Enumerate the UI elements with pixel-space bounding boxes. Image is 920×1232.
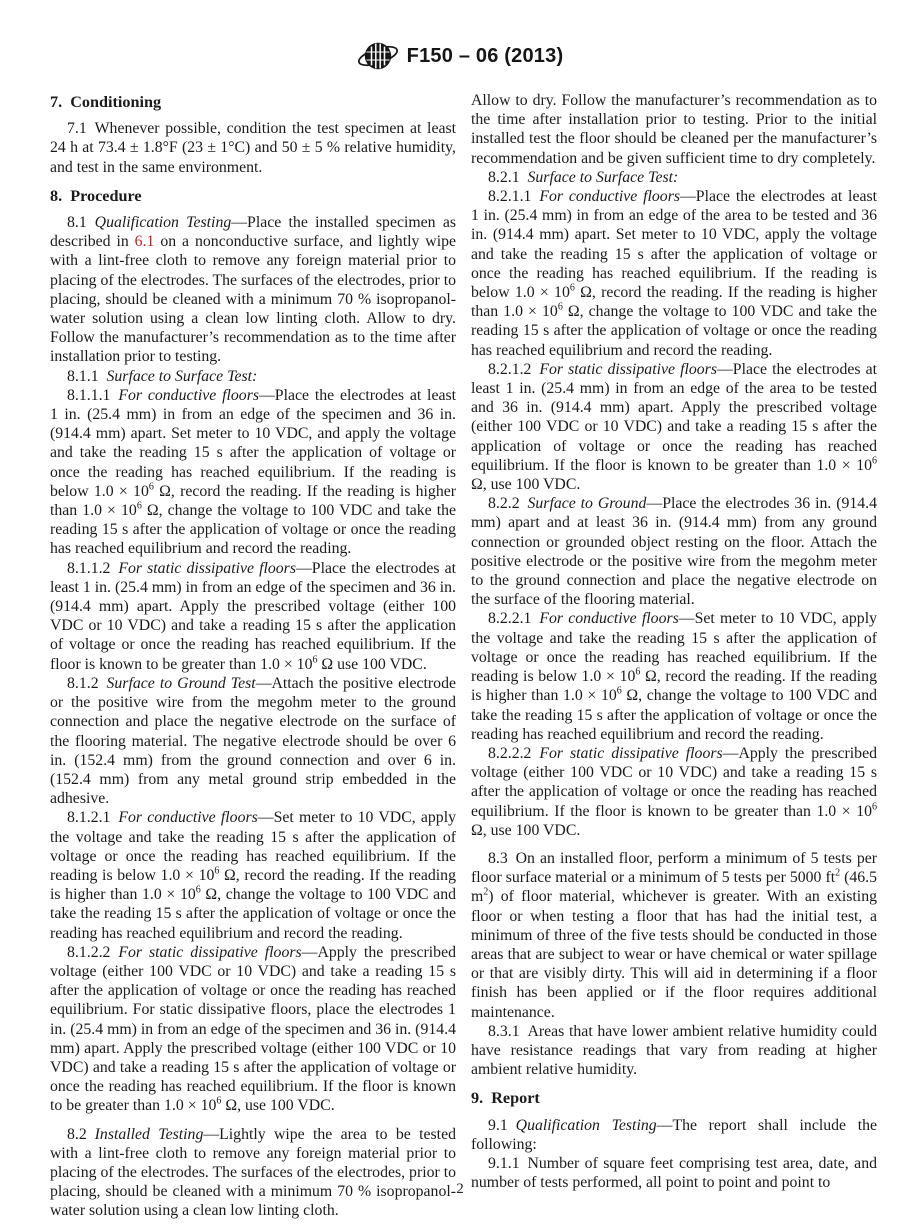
- text-segment: ) of floor material, whichever is greate…: [471, 888, 877, 1020]
- text-segment: 8.2: [67, 1126, 95, 1143]
- page-number: 2: [456, 1181, 464, 1197]
- text-segment: —Attach the positive electrode or the po…: [50, 675, 456, 807]
- paragraph: 8.2.2.1 For conductive floors—Set meter …: [471, 609, 877, 743]
- superscript-text: 6: [872, 801, 877, 812]
- text-segment: 8.2.1.2: [488, 361, 539, 378]
- text-segment: 8.1.1.2: [67, 560, 118, 577]
- paragraph: 8.3.1 Areas that have lower ambient rela…: [471, 1022, 877, 1080]
- superscript-text: 6: [872, 456, 877, 467]
- paragraph: 8.2.1.1 For conductive floors—Place the …: [471, 187, 877, 360]
- text-segment: Surface to Surface Test:: [107, 368, 258, 385]
- paragraph: 8.3 On an installed floor, perform a min…: [471, 849, 877, 1022]
- text-segment: For conductive floors: [539, 610, 678, 627]
- text-segment: 8.2.2: [488, 495, 528, 512]
- text-segment: For static dissipative floors: [118, 944, 301, 961]
- text-segment: 8.2.1.1: [488, 188, 539, 205]
- section-heading: 8. Procedure: [50, 187, 456, 206]
- text-segment: 8.3.1 Areas that have lower ambient rela…: [471, 1023, 877, 1078]
- paragraph: 8.2.1 Surface to Surface Test:: [471, 168, 877, 187]
- paragraph: 8.1.1 Surface to Surface Test:: [50, 367, 456, 386]
- text-segment: Ω, use 100 VDC.: [221, 1097, 334, 1114]
- paragraph: 8.2.2.2 For static dissipative floors—Ap…: [471, 744, 877, 840]
- text-segment: For static dissipative floors: [118, 560, 296, 577]
- text-segment: 7.1 Whenever possible, condition the tes…: [50, 120, 456, 175]
- paragraph: 8.2.1.2 For static dissipative floors—Pl…: [471, 360, 877, 494]
- text-segment: Qualification Testing: [516, 1117, 657, 1134]
- text-segment: Ω use 100 VDC.: [317, 656, 426, 673]
- column-left: 7. Conditioning7.1 Whenever possible, co…: [50, 91, 456, 1221]
- column-right: Allow to dry. Follow the manufacturer’s …: [471, 91, 877, 1221]
- paragraph: 8.1.1.2 For static dissipative floors—Pl…: [50, 559, 456, 674]
- text-segment: For conductive floors: [118, 387, 259, 404]
- astm-logo-icon: [357, 38, 399, 74]
- document-page: F150 – 06 (2013) 7. Conditioning7.1 When…: [0, 0, 920, 1232]
- text-segment: 8.1: [67, 214, 95, 231]
- text-segment: 8.1.2.2: [67, 944, 118, 961]
- text-segment: For conductive floors: [539, 188, 680, 205]
- text-segment: 9.1: [488, 1117, 516, 1134]
- paragraph: 7.1 Whenever possible, condition the tes…: [50, 119, 456, 177]
- text-segment: 8.1.1.1: [67, 387, 118, 404]
- paragraph: 8.1 Qualification Testing—Place the inst…: [50, 213, 456, 367]
- text-segment: 9. Report: [471, 1089, 540, 1107]
- paragraph: 8.1.2.2 For static dissipative floors—Ap…: [50, 943, 456, 1116]
- text-segment: Qualification Testing: [95, 214, 232, 231]
- section-reference-link[interactable]: 6.1: [135, 233, 155, 250]
- text-segment: on a nonconductive surface, and lightly …: [50, 233, 456, 365]
- paragraph: 8.1.1.1 For conductive floors—Place the …: [50, 386, 456, 559]
- text-segment: 8.1.2: [67, 675, 107, 692]
- paragraph: 8.1.2 Surface to Ground Test—Attach the …: [50, 674, 456, 808]
- section-heading: 9. Report: [471, 1089, 877, 1108]
- text-segment: Ω, use 100 VDC.: [471, 476, 580, 493]
- text-segment: 8.1.2.1: [67, 809, 118, 826]
- text-segment: Surface to Surface Test:: [528, 169, 679, 186]
- text-segment: 7. Conditioning: [50, 93, 161, 111]
- paragraph: 9.1 Qualification Testing—The report sha…: [471, 1116, 877, 1154]
- text-segment: Allow to dry. Follow the manufacturer’s …: [471, 92, 877, 167]
- two-column-body: 7. Conditioning7.1 Whenever possible, co…: [50, 91, 878, 1221]
- text-segment: —Apply the prescribed voltage (either 10…: [50, 944, 456, 1115]
- paragraph: 8.2 Installed Testing—Lightly wipe the a…: [50, 1125, 456, 1221]
- text-segment: Ω, use 100 VDC.: [471, 822, 580, 839]
- text-segment: Installed Testing: [95, 1126, 204, 1143]
- text-segment: 8.1.1: [67, 368, 107, 385]
- text-segment: For static dissipative floors: [539, 361, 717, 378]
- text-segment: Surface to Ground: [528, 495, 647, 512]
- text-segment: For conductive floors: [118, 809, 257, 826]
- section-heading: 7. Conditioning: [50, 93, 456, 112]
- text-segment: Surface to Ground Test: [107, 675, 256, 692]
- text-segment: 8.3 On an installed floor, perform a min…: [471, 850, 877, 886]
- page-header: F150 – 06 (2013): [0, 38, 920, 74]
- paragraph: Allow to dry. Follow the manufacturer’s …: [471, 91, 877, 168]
- document-code: F150 – 06 (2013): [407, 45, 564, 68]
- text-segment: 8.2.2.2: [488, 745, 539, 762]
- text-segment: 8.2.1: [488, 169, 528, 186]
- paragraph: 8.1.2.1 For conductive floors—Set meter …: [50, 808, 456, 942]
- page-footer: 2: [0, 1181, 920, 1198]
- paragraph: 8.2.2 Surface to Ground—Place the electr…: [471, 494, 877, 609]
- text-segment: For static dissipative floors: [539, 745, 722, 762]
- text-segment: 8.2.2.1: [488, 610, 539, 627]
- text-segment: 8. Procedure: [50, 187, 142, 205]
